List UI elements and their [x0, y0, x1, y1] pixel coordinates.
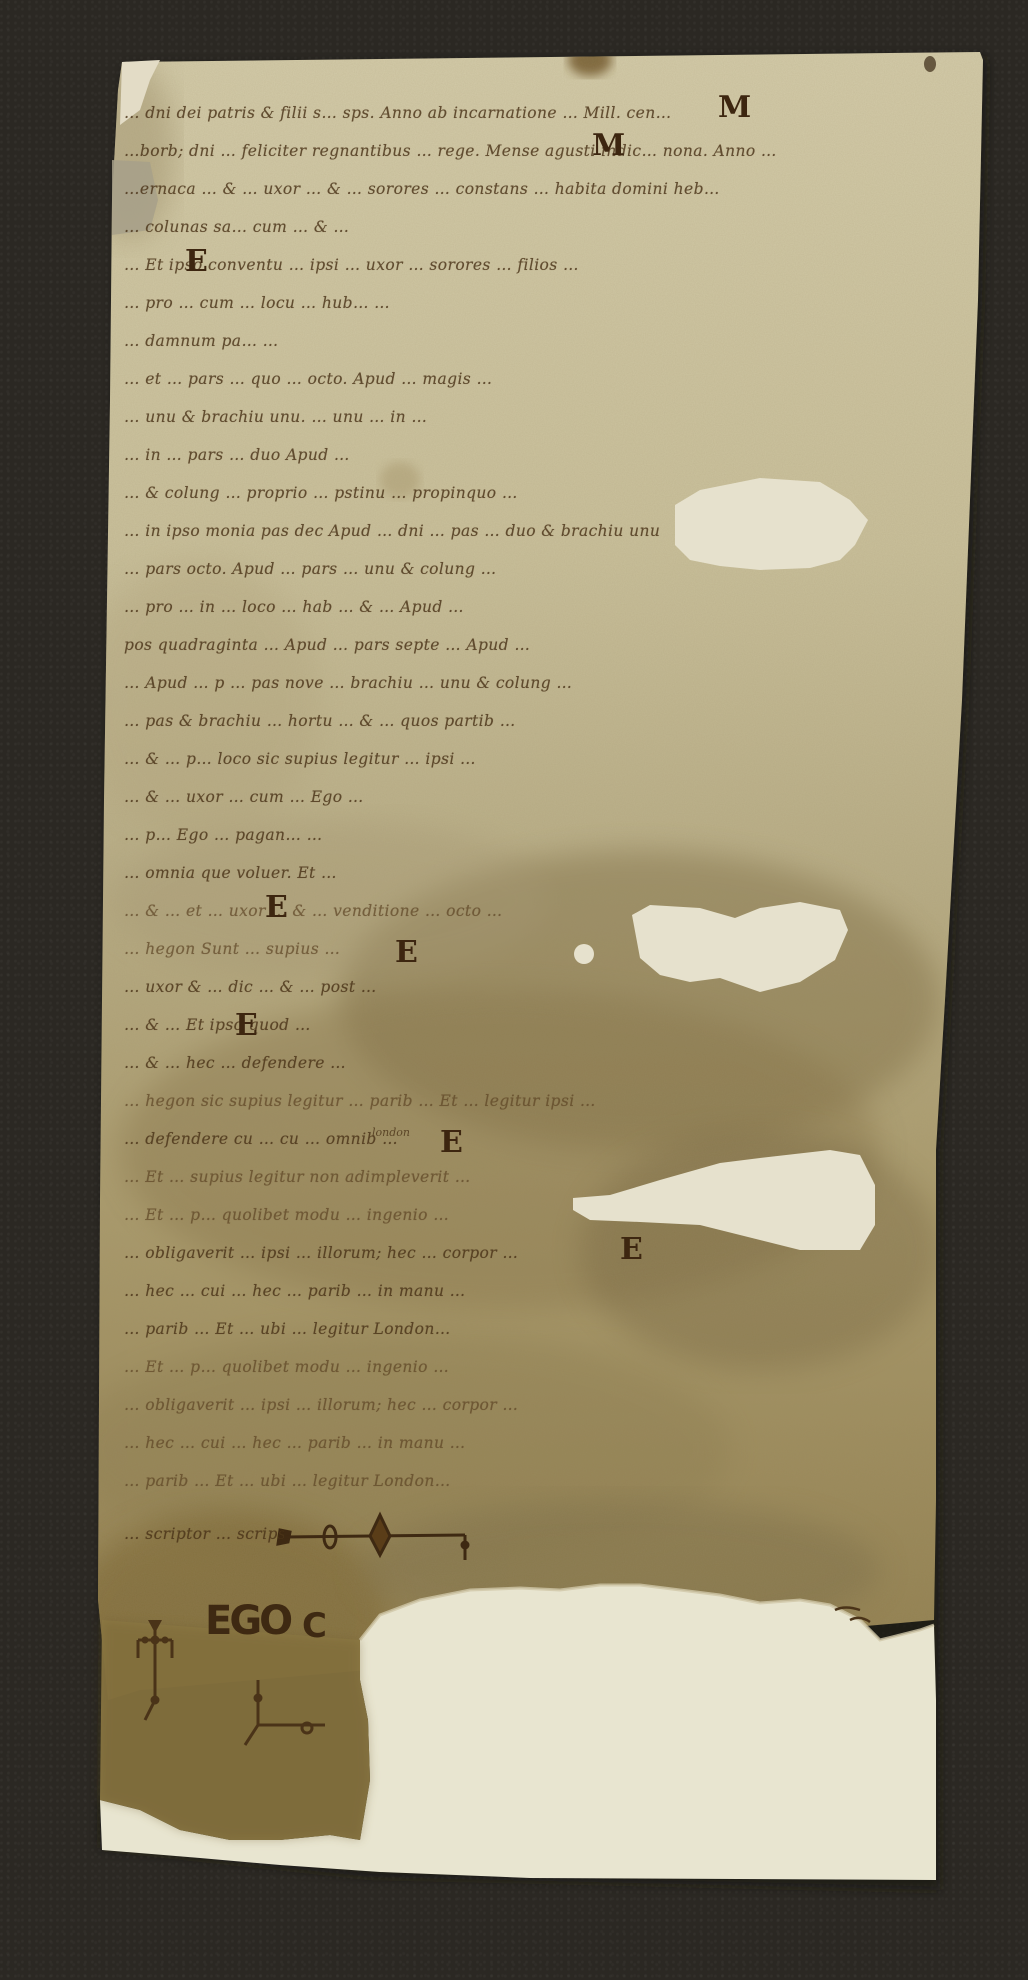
initial-letter: M [592, 128, 625, 163]
text-line: … & … et … uxor … & … venditione … octo … [124, 902, 624, 920]
initial-letter: E [620, 1232, 643, 1267]
charter-text: … dni dei patris & filii s… sps. Anno ab… [0, 0, 1028, 1980]
text-line: … & colung … proprio … pstinu … propinqu… [124, 484, 674, 502]
text-line: … scriptor … scripsi. [124, 1525, 284, 1543]
text-line: …borb; dni … feliciter regnantibus … reg… [124, 142, 969, 160]
initial-letter: E [185, 244, 208, 279]
initial-letter: E [265, 890, 288, 925]
text-line: … in … pars … duo Apud … [124, 446, 944, 464]
text-line: … in ipso monia pas dec Apud … dni … pas… [124, 522, 934, 540]
text-line: … hec … cui … hec … parib … in manu … [124, 1282, 924, 1300]
text-line: … hegon sic supius legitur … parib … Et … [124, 1092, 924, 1110]
text-line: … damnum pa… … [124, 332, 954, 350]
initial-letter: E [440, 1125, 463, 1160]
text-line: … dni dei patris & filii s… sps. Anno ab… [124, 104, 964, 122]
text-line: … pas & brachiu … hortu … & … quos parti… [124, 712, 919, 730]
document-scan: … dni dei patris & filii s… sps. Anno ab… [0, 0, 1028, 1980]
text-line: … pro … in … loco … hab … & … Apud … [124, 598, 929, 616]
initial-letter: E [395, 935, 418, 970]
text-line: … et … pars … quo … octo. Apud … magis … [124, 370, 949, 388]
signature-ego: EGO [205, 1598, 290, 1644]
text-line: … obligaverit … ipsi … illorum; hec … co… [124, 1244, 924, 1262]
text-line: … & … hec … defendere … [124, 1054, 924, 1072]
text-line: … parib … Et … ubi … legitur London… [124, 1472, 914, 1490]
text-line: … obligaverit … ipsi … illorum; hec … co… [124, 1396, 914, 1414]
text-line: … defendere cu … cu … omnib … [124, 1130, 924, 1148]
text-line: … colunas sa… cum … & … [124, 218, 959, 236]
text-line: … unu & brachiu unu. … unu … in … [124, 408, 949, 426]
interlinear-note: london [372, 1126, 410, 1139]
text-line: … Et ipso conventu … ipsi … uxor … soror… [124, 256, 959, 274]
initial-letter: M [718, 90, 751, 125]
signature-fragment: C [302, 1606, 324, 1646]
initial-letter: E [235, 1008, 258, 1043]
text-line: … Et … p… quolibet modu … ingenio … [124, 1358, 914, 1376]
text-line: … Et … p… quolibet modu … ingenio … [124, 1206, 564, 1224]
text-line: pos quadraginta … Apud … pars septe … Ap… [124, 636, 924, 654]
text-line: … pars octo. Apud … pars … unu & colung … [124, 560, 934, 578]
text-line: … omnia que voluer. Et … [124, 864, 904, 882]
text-line: … Apud … p … pas nove … brachiu … unu & … [124, 674, 924, 692]
text-line: … Et … supius legitur non adimpleverit … [124, 1168, 564, 1186]
text-line: … parib … Et … ubi … legitur London… [124, 1320, 924, 1338]
text-line: … & … uxor … cum … Ego … [124, 788, 914, 806]
text-line: … hec … cui … hec … parib … in manu … [124, 1434, 914, 1452]
text-line: … pro … cum … locu … hub… … [124, 294, 954, 312]
text-line: … p… Ego … pagan… … [124, 826, 914, 844]
text-line: … uxor & … dic … & … post … [124, 978, 624, 996]
text-line: …ernaca … & … uxor … & … sorores … const… [124, 180, 964, 198]
text-line: … hegon Sunt … supius … [124, 940, 574, 958]
text-line: … & … p… loco sic supius legitur … ipsi … [124, 750, 914, 768]
